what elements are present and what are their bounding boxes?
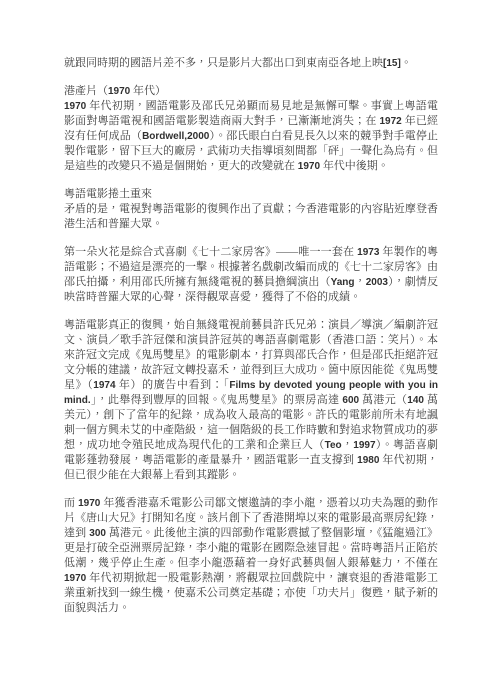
latin-text: 1970 xyxy=(64,573,89,584)
latin-text: 1973 xyxy=(354,247,382,258)
latin-text: 1997 xyxy=(353,440,375,451)
latin-text: [15] xyxy=(383,58,401,69)
text-paragraph: 第一朵火花是綜合式喜劇《七十二家房客》——唯一一套在 1973 年製作的粵語電影… xyxy=(64,245,438,305)
latin-text: 140 xyxy=(407,395,427,406)
latin-text: 1980 xyxy=(354,455,382,466)
text-paragraph: 矛盾的是，電視對粵語電影的復興作出了貢獻；今香港電影的內容貼近摩登香港生活和普羅… xyxy=(64,202,438,232)
latin-text: 600 xyxy=(339,395,362,406)
latin-text: 1970 xyxy=(64,101,89,112)
latin-text: 300 xyxy=(86,528,109,539)
section-heading: 粵語電影捲土重來 xyxy=(64,187,438,202)
text-paragraph: 而 1970 年獲香港嘉禾電影公司鄒文懷邀請的李小龍，憑着以功夫為題的動作片《唐… xyxy=(64,496,438,616)
text-paragraph: 就跟同時期的國語片差不多，只是影片大都出口到東南亞各地上映[15]。 xyxy=(64,56,438,71)
text-paragraph: 1970 年代初期，國語電影及邵氏兄弟顯而易見地是無懈可擊。事實上粵語電影面對粵… xyxy=(64,99,438,174)
latin-text: 2003 xyxy=(366,277,388,288)
latin-text: 1974 xyxy=(93,380,119,391)
latin-text: 1972 xyxy=(377,116,405,127)
section-heading: 港產片（1970 年代） xyxy=(64,84,438,99)
latin-text: 1970 xyxy=(295,161,323,172)
latin-text: 1970 xyxy=(108,86,133,97)
text-paragraph: 粵語電影真正的復興，始自無綫電視前藝員許氏兄弟：演員／導演／編劇許冠文、演員／歌… xyxy=(64,318,438,483)
document-content: 就跟同時期的國語片差不多，只是影片大都出口到東南亞各地上映[15]。港產片（19… xyxy=(64,56,438,616)
latin-text: Films by devoted young people with you i… xyxy=(64,380,438,406)
latin-text: Bordwell,2000 xyxy=(142,131,209,142)
latin-text: Yang xyxy=(331,277,355,288)
latin-text: 1970 xyxy=(75,498,103,509)
document-page: 就跟同時期的國語片差不多，只是影片大都出口到東南亞各地上映[15]。港產片（19… xyxy=(0,0,494,700)
latin-text: Teo xyxy=(325,440,342,451)
